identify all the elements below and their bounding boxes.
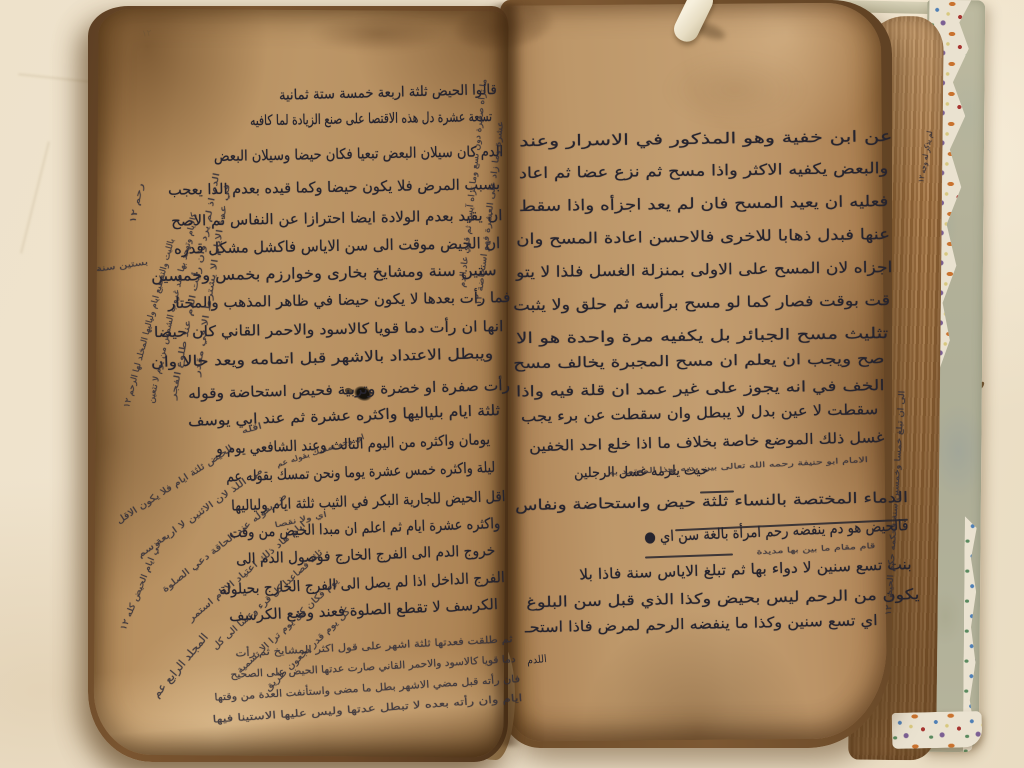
fore-edge-note: لم يذكر له وجه ١٢	[917, 130, 933, 183]
main-text-line: عنها فبدل ذهابا للاخرى فالاحسن اعادة الم…	[516, 227, 890, 247]
main-text-line: بنت تسع سنين لا دواء بها ثم تبلغ الاياس …	[579, 558, 912, 583]
main-text-line: تثليث مسح الجبائر بل يكفيه مرة واحدة هو …	[516, 326, 888, 346]
open-manuscript-book: قالوا الحيض ثلثة اربعة خمسة ستة ثمانيةتس…	[0, 0, 1024, 768]
main-text-line: قت بوقت فصار كما لو مسح برأسه ثم حلق ولا…	[513, 293, 890, 313]
right-page-text: عن ابن خفية وهو المذكور في الاسرار وعندو…	[0, 0, 1024, 768]
main-text-line: عن ابن خفية وهو المذكور في الاسرار وعند	[519, 129, 893, 149]
main-text-line: والبعض يكفيه الاكثر واذا مسح ثم نزع عضا …	[519, 161, 889, 181]
main-text-line: فعليه ان يعيد المسح فان لم يعد اجزأه واذ…	[519, 194, 889, 214]
main-text-line: الخف في انه يجوز على غير عمد ان قلة فيه …	[516, 379, 885, 400]
main-text-line: الدماء المختصة بالنساء ثلثة حيض واستحاضة…	[515, 491, 908, 514]
main-text-line: اي تسع سنين وكذا ما ينفضه الرحم لمرض فاذ…	[525, 614, 878, 636]
interlinear-note: قام مقام ما بين بها مديدة	[756, 542, 875, 556]
main-text-line: صح ويجب ان يعلم ان مسح المجبرة يخالف مسح	[514, 352, 886, 372]
main-text-line: يكون من الرحم ليس بحيض وكذا الذي قبل سن …	[527, 588, 921, 611]
ink-rule	[645, 553, 733, 558]
page-corner-mark: ١٢	[141, 28, 152, 39]
main-text-line: اجزاه لان المسح على الاولى بمنزلة الغسل …	[516, 260, 892, 280]
main-text-line: غسل ذلك الموضع خاصة بخلاف ما اذا خلع احد…	[529, 431, 884, 455]
catchword: اللدم	[527, 653, 548, 667]
interlinear-note: الامام ابو حنيفة رحمه الله تعالى بين يدي…	[609, 456, 868, 476]
photo-open-manuscript: قالوا الحيض ثلثة اربعة خمسة ستة ثمانيةتس…	[0, 0, 1024, 768]
main-text-line: سقطت لا عين بدل لا يبطل وان سقطت عن برء …	[521, 403, 878, 425]
